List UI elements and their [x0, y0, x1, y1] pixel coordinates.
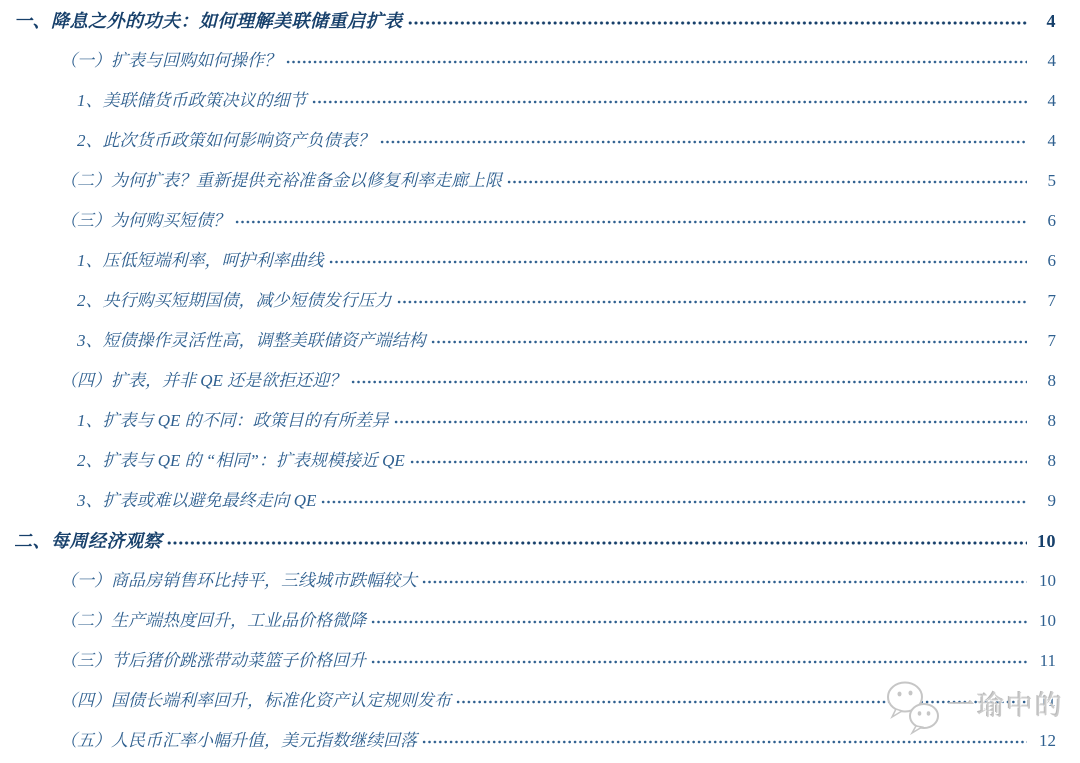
toc-entry-label: （二）生产端热度回升，工业品价格微降: [60, 601, 366, 641]
toc-entry-label: 2、此次货币政策如何影响资产负债表？: [77, 121, 375, 161]
dotted-leader: [507, 178, 1027, 186]
toc-entry-label: 一、降息之外的功夫：如何理解美联储重启扩表: [14, 1, 403, 41]
toc-entry-label: 2、扩表与 QE 的 “相同”：扩表规模接近 QE: [77, 441, 405, 481]
toc-entry-page-number: 6: [1030, 241, 1056, 281]
toc-entry-label: 1、美联储货币政策决议的细节: [77, 81, 307, 121]
dotted-leader: [351, 378, 1027, 386]
dotted-leader: [394, 418, 1027, 426]
dotted-leader: [312, 98, 1028, 106]
toc-entry[interactable]: 一、降息之外的功夫：如何理解美联储重启扩表 4: [0, 1, 1080, 41]
toc-entry-label: 1、扩表与 QE 的不同：政策目的有所差异: [77, 401, 389, 441]
toc-entry[interactable]: 2、此次货币政策如何影响资产负债表？ 4: [0, 121, 1080, 161]
toc-entry-page-number: 10: [1030, 561, 1056, 601]
toc-entry[interactable]: （三）为何购买短债？ 6: [0, 201, 1080, 241]
dotted-leader: [422, 738, 1027, 746]
toc-entry[interactable]: （二）为何扩表？重新提供充裕准备金以修复利率走廊上限 5: [0, 161, 1080, 201]
toc-entry-page-number: 4: [1030, 81, 1056, 121]
toc-entry-page-number: 4: [1030, 41, 1056, 81]
toc-entry[interactable]: （一）扩表与回购如何操作？ 4: [0, 41, 1080, 81]
toc-entry-page-number: 11: [1030, 681, 1056, 721]
toc-entry-label: 3、扩表或难以避免最终走向 QE: [77, 481, 316, 521]
toc-entry-label: （四）国债长端利率回升，标准化资产认定规则发布: [60, 681, 451, 721]
dotted-leader: [329, 258, 1028, 266]
toc-entry-label: （一）扩表与回购如何操作？: [60, 41, 281, 81]
toc-entry-page-number: 6: [1030, 201, 1056, 241]
toc-entry-page-number: 8: [1030, 401, 1056, 441]
toc-entry-page-number: 9: [1030, 481, 1056, 521]
toc-entry[interactable]: （四）扩表，并非 QE 还是欲拒还迎？ 8: [0, 361, 1080, 401]
toc-entry[interactable]: （三）节后猪价跳涨带动菜篮子价格回升 11: [0, 641, 1080, 681]
dotted-leader: [371, 658, 1027, 666]
toc-entry-label: （五）人民币汇率小幅升值，美元指数继续回落: [60, 721, 417, 761]
toc-entry-label: 1、压低短端利率，呵护利率曲线: [77, 241, 324, 281]
dotted-leader: [422, 578, 1027, 586]
toc-entry-page-number: 5: [1030, 161, 1056, 201]
dotted-leader: [456, 698, 1027, 706]
toc-entry-page-number: 8: [1030, 441, 1056, 481]
toc-entry-page-number: 11: [1030, 641, 1056, 681]
toc-entry-label: 2、央行购买短期国债，减少短债发行压力: [77, 281, 392, 321]
toc-entry[interactable]: （五）人民币汇率小幅升值，美元指数继续回落 12: [0, 721, 1080, 761]
toc-entry[interactable]: （一）商品房销售环比持平，三线城市跌幅较大 10: [0, 561, 1080, 601]
dotted-leader: [235, 218, 1027, 226]
toc-entry[interactable]: 2、扩表与 QE 的 “相同”：扩表规模接近 QE 8: [0, 441, 1080, 481]
toc-entry-page-number: 12: [1030, 721, 1056, 761]
toc-entry-page-number: 10: [1030, 601, 1056, 641]
dotted-leader: [167, 539, 1027, 547]
toc-entry[interactable]: （二）生产端热度回升，工业品价格微降 10: [0, 601, 1080, 641]
toc-entry-page-number: 8: [1030, 361, 1056, 401]
dotted-leader: [431, 338, 1028, 346]
toc-entry[interactable]: 二、每周经济观察 10: [0, 521, 1080, 561]
dotted-leader: [380, 138, 1028, 146]
toc-entry[interactable]: 1、扩表与 QE 的不同：政策目的有所差异 8: [0, 401, 1080, 441]
dotted-leader: [371, 618, 1027, 626]
toc-entry[interactable]: （四）国债长端利率回升，标准化资产认定规则发布 11: [0, 681, 1080, 721]
toc-entry-page-number: 7: [1030, 321, 1056, 361]
toc-entry[interactable]: 1、美联储货币政策决议的细节 4: [0, 81, 1080, 121]
toc-entry[interactable]: 2、央行购买短期国债，减少短债发行压力 7: [0, 281, 1080, 321]
dotted-leader: [286, 58, 1027, 66]
toc-entry-label: （一）商品房销售环比持平，三线城市跌幅较大: [60, 561, 417, 601]
toc-entry-page-number: 7: [1030, 281, 1056, 321]
toc-entry-page-number: 4: [1030, 1, 1056, 41]
toc-entry-label: 3、短债操作灵活性高，调整美联储资产端结构: [77, 321, 426, 361]
toc-entry-label: （四）扩表，并非 QE 还是欲拒还迎？: [60, 361, 346, 401]
dotted-leader: [410, 458, 1027, 466]
toc-entry-label: 二、每周经济观察: [14, 521, 162, 561]
toc-entry[interactable]: 3、扩表或难以避免最终走向 QE 9: [0, 481, 1080, 521]
toc-entry-page-number: 4: [1030, 121, 1056, 161]
toc-entry-label: （三）为何购买短债？: [60, 201, 230, 241]
toc-entry[interactable]: 1、压低短端利率，呵护利率曲线 6: [0, 241, 1080, 281]
dotted-leader: [397, 298, 1028, 306]
toc-entry-label: （二）为何扩表？重新提供充裕准备金以修复利率走廊上限: [60, 161, 502, 201]
dotted-leader: [408, 19, 1028, 27]
toc-entry-label: （三）节后猪价跳涨带动菜篮子价格回升: [60, 641, 366, 681]
dotted-leader: [321, 498, 1027, 506]
table-of-contents: 一、降息之外的功夫：如何理解美联储重启扩表 4 （一）扩表与回购如何操作？ 4 …: [0, 0, 1080, 761]
toc-entry[interactable]: 3、短债操作灵活性高，调整美联储资产端结构 7: [0, 321, 1080, 361]
toc-page: 一、降息之外的功夫：如何理解美联储重启扩表 4 （一）扩表与回购如何操作？ 4 …: [0, 0, 1080, 763]
toc-entry-page-number: 10: [1030, 521, 1056, 561]
